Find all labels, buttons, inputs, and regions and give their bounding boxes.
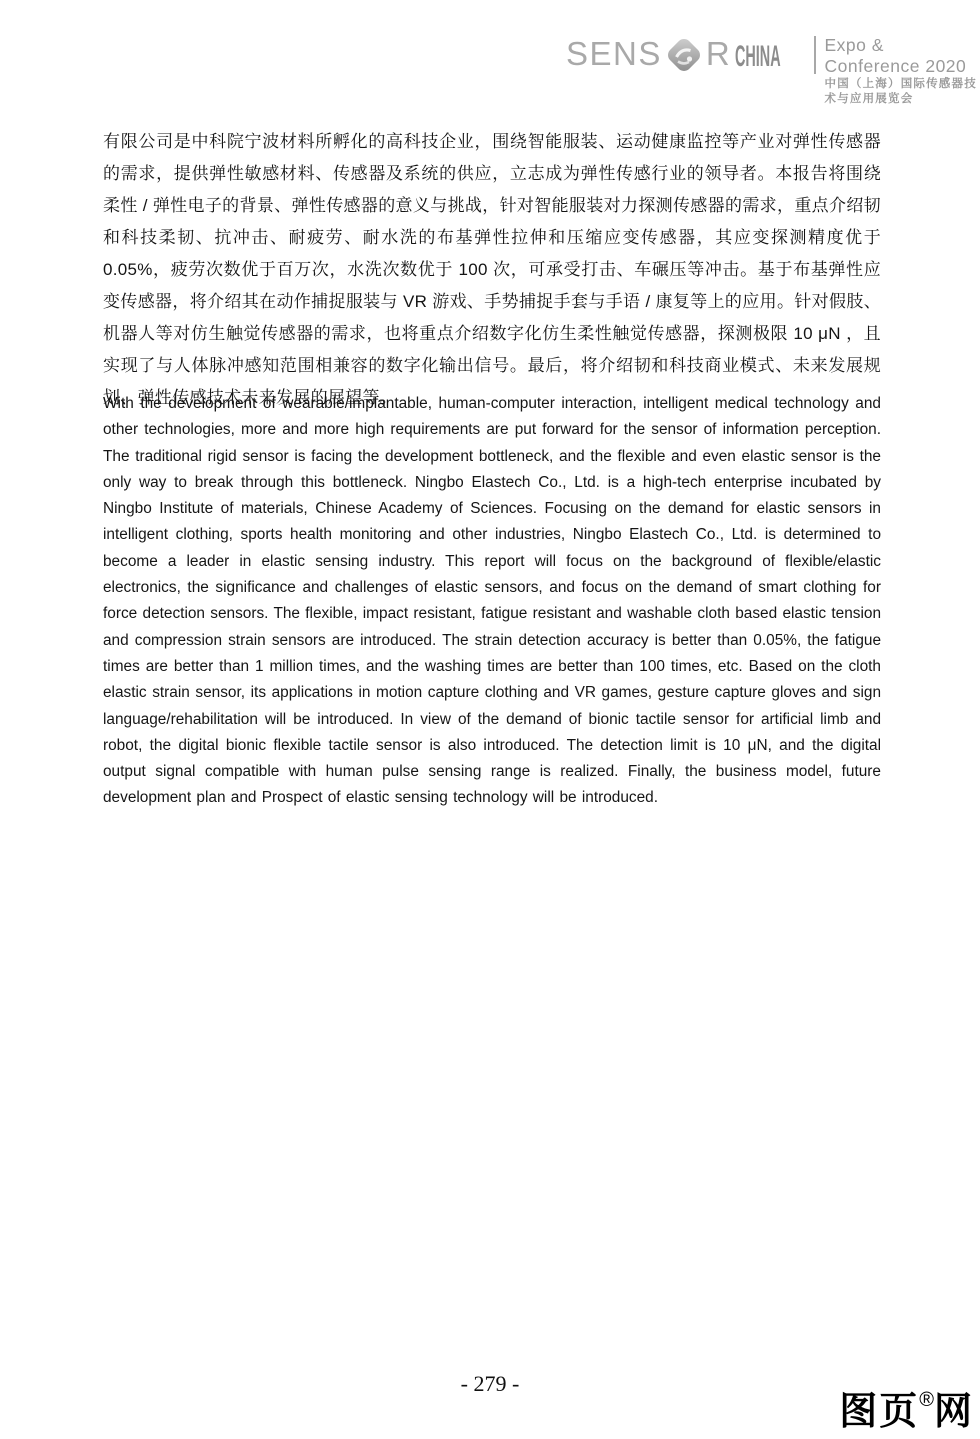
logo-divider [814, 36, 815, 74]
sensor-wordmark-right: R [706, 34, 731, 74]
watermark-text-left: 图页 [839, 1391, 919, 1433]
abstract-paragraph-chinese: 有限公司是中科院宁波材料所孵化的高科技企业，围绕智能服装、运动健康监控等产业对弹… [103, 126, 881, 414]
sensor-diamond-icon [663, 34, 705, 76]
document-page: SENS R CHINA [0, 0, 980, 1439]
sensor-wordmark: SENS R [566, 33, 731, 75]
sensor-wordmark-left: SENS [566, 34, 662, 74]
header-logo: SENS R CHINA [566, 33, 980, 107]
page-number: - 279 - [0, 1371, 980, 1397]
china-wordmark: CHINA [735, 41, 781, 73]
expo-conference-title: Expo & Conference 2020 [825, 35, 980, 77]
logo-subtitle-block: Expo & Conference 2020 中国（上海）国际传感器技术与应用展… [825, 35, 980, 107]
registered-trademark-icon: ® [919, 1381, 934, 1419]
watermark-text-right: 网 [934, 1391, 974, 1433]
abstract-paragraph-english: With the development of wearable/implant… [103, 391, 881, 812]
watermark: 图页®网 [839, 1393, 974, 1431]
expo-conference-tagline-cn: 中国（上海）国际传感器技术与应用展览会 [825, 77, 980, 107]
china-wordmark-wrap: CHINA [735, 41, 830, 73]
